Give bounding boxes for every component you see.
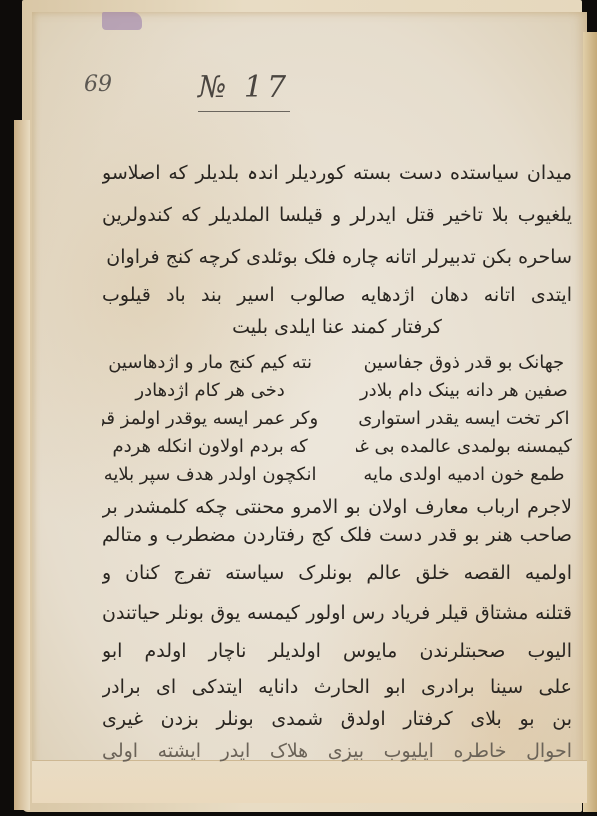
verse-right: صفین هر دانه بینک دام بلادر: [356, 378, 572, 404]
prose-line: یلغیوب بلا تاخیر قتل ایدرلر و قیلسا المل…: [102, 202, 572, 228]
prose-line: صاحب هنر بو قدر دست فلک کج رفتاردن مضطرب…: [102, 522, 572, 548]
verse-left: نته کیم کنج مار و اژدهاسین: [102, 350, 318, 376]
prose-line: ساحره بکن تدبیرلر اتانه چاره فلک بوئلدی …: [102, 244, 572, 270]
verse-couplet: اکر تخت ایسه یقدر استواری وکر عمر ایسه ی…: [102, 406, 572, 432]
verse-couplet: کیمسنه بولمدی عالمده بی غم که بردم اولاو…: [102, 434, 572, 460]
page-stack-edge: [14, 120, 30, 810]
prose-line: قتلنه مشتاق قیلر فریاد رس اولور کیمسه یو…: [102, 600, 572, 626]
page-bottom-fold: [32, 760, 587, 803]
ink-stain: [102, 12, 142, 30]
prose-line: احوال خاطره ایلیوب بیزی هلاک ایدر ایشته …: [102, 738, 572, 764]
verse-left: که بردم اولاون انکله هردم: [102, 434, 318, 460]
folio-number: 69: [84, 72, 112, 97]
prose-line: میدان سیاستده دست بسته کوردیلر اندہ بلدی…: [102, 160, 572, 186]
verse-right: طمع خون ادمیه اولدی مایه: [356, 462, 572, 488]
verse-right: اکر تخت ایسه یقدر استواری: [356, 406, 572, 432]
verse-left: انکچون اولدر هدف سپر بلایه: [102, 462, 318, 488]
page-right-edge: [583, 32, 597, 812]
verse-left: وکر عمر ایسه یوقدر اولمز قراری: [102, 406, 318, 432]
verse-couplet: طمع خون ادمیه اولدی مایه انکچون اولدر هد…: [102, 462, 572, 488]
manuscript-page: 69 № 17 میدان سیاستده دست بسته کوردیلر ا…: [32, 12, 587, 802]
verse-couplet: صفین هر دانه بینک دام بلادر دخی هر کام ا…: [102, 378, 572, 404]
verse-left: دخی هر کام اژدهادر: [102, 378, 318, 404]
scan-scene: 69 № 17 میدان سیاستده دست بسته کوردیلر ا…: [0, 0, 597, 816]
prose-line: کرفتار کمند عنا ایلدی بلیت: [102, 314, 572, 340]
prose-line: لاجرم ارباب معارف اولان بو الامرو محنتی …: [102, 494, 572, 520]
prose-line: علی سینا برادری ابو الحارث دانایه ایتدکی…: [102, 674, 572, 700]
verse-right: جهانک بو قدر ذوق جفاسین: [356, 350, 572, 376]
prose-line: الیوب صحبتلرندن مایوس اولدیلر ناچار اولد…: [102, 638, 572, 664]
prose-line: ایتدی اتانه دهان اژدهایه صالوب اسیر بند …: [102, 282, 572, 308]
verse-couplet: جهانک بو قدر ذوق جفاسین نته کیم کنج مار …: [102, 350, 572, 376]
prose-line: بن بو بلای کرفتار اولدق شمدی بونلر بزدن …: [102, 706, 572, 732]
catalog-number: № 17: [198, 70, 290, 112]
verse-right: کیمسنه بولمدی عالمده بی غم: [356, 434, 572, 460]
prose-line: اولمیه القصه خلق عالم بونلرک سیاسته تفرج…: [102, 560, 572, 586]
